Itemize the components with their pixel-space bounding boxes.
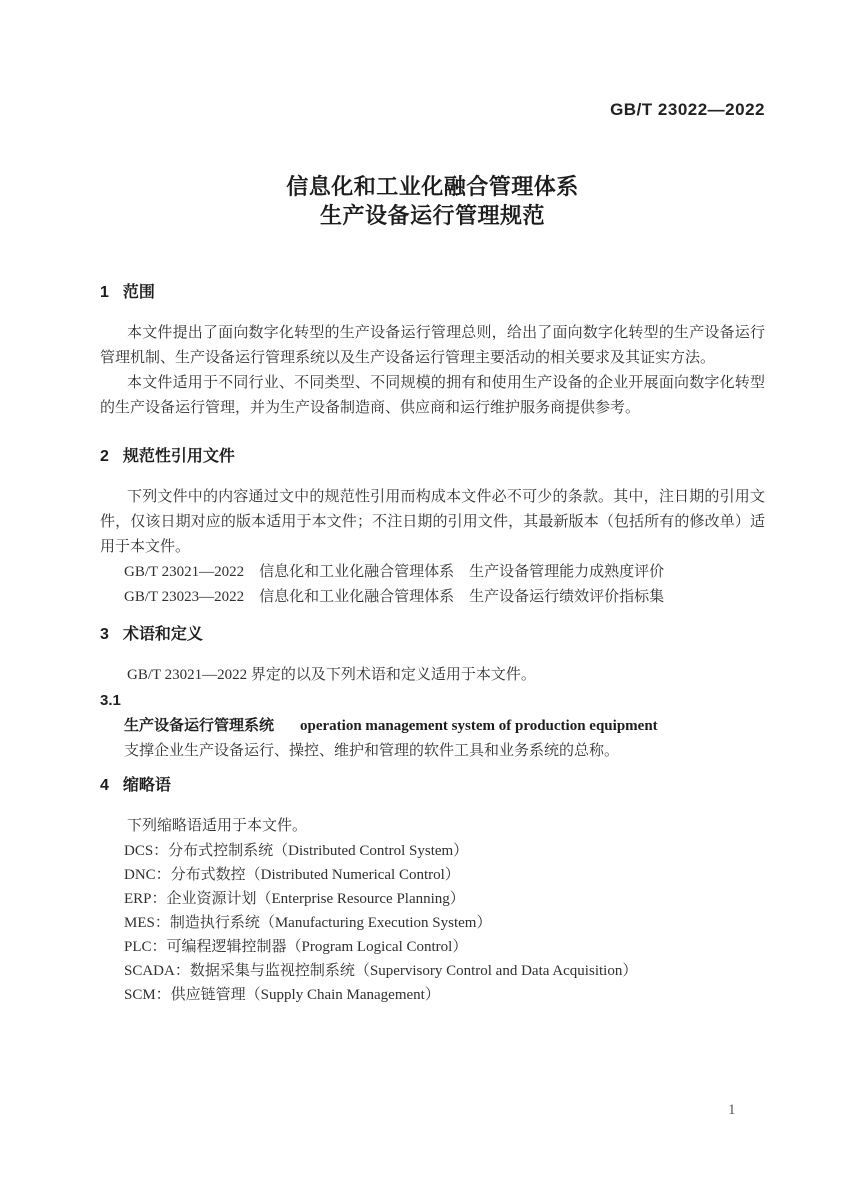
section-3-number: 3 <box>100 625 109 645</box>
term-definition: 支撑企业生产设备运行、操控、维护和管理的软件工具和业务系统的总称。 <box>100 739 765 764</box>
section-1-number: 1 <box>100 283 109 303</box>
abbreviation-item: MES：制造执行系统（Manufacturing Execution Syste… <box>100 911 765 935</box>
document-title-line1: 信息化和工业化融合管理体系 <box>100 172 765 201</box>
document-title-line2: 生产设备运行管理规范 <box>100 201 765 230</box>
term-english: operation management system of productio… <box>300 718 658 734</box>
section-1-paragraph-2: 本文件适用于不同行业、不同类型、不同规模的拥有和使用生产设备的企业开展面向数字化… <box>100 371 765 421</box>
section-2-heading: 2规范性引用文件 <box>100 447 765 467</box>
abbreviation-item: DCS：分布式控制系统（Distributed Control System） <box>100 839 765 863</box>
reference-item: GB/T 23023—2022 信息化和工业化融合管理体系 生产设备运行绩效评价… <box>100 585 765 610</box>
section-3-title: 术语和定义 <box>123 626 203 643</box>
section-2-paragraph-1: 下列文件中的内容通过文中的规范性引用而构成本文件必不可少的条款。其中，注日期的引… <box>100 485 765 560</box>
section-2-title: 规范性引用文件 <box>123 448 235 465</box>
section-4-paragraph-1: 下列缩略语适用于本文件。 <box>100 814 765 839</box>
section-3-paragraph-1: GB/T 23021—2022 界定的以及下列术语和定义适用于本文件。 <box>100 663 765 688</box>
section-1-title: 范围 <box>123 284 155 301</box>
standard-document-page: GB/T 23022—2022 信息化和工业化融合管理体系 生产设备运行管理规范… <box>0 0 850 1200</box>
term-entry-id: 3.1 <box>100 688 765 713</box>
document-title: 信息化和工业化融合管理体系 生产设备运行管理规范 <box>100 172 765 230</box>
section-4-heading: 4缩略语 <box>100 776 765 796</box>
term-entry: 生产设备运行管理系统operation management system of… <box>100 713 765 739</box>
page-number: 1 <box>728 1102 736 1119</box>
section-2-number: 2 <box>100 447 109 467</box>
page-content: GB/T 23022—2022 信息化和工业化融合管理体系 生产设备运行管理规范… <box>100 0 765 1007</box>
section-4-title: 缩略语 <box>123 777 171 794</box>
abbreviation-item: SCM：供应链管理（Supply Chain Management） <box>100 983 765 1007</box>
abbreviation-item: PLC：可编程逻辑控制器（Program Logical Control） <box>100 935 765 959</box>
section-4-number: 4 <box>100 776 109 796</box>
reference-item: GB/T 23021—2022 信息化和工业化融合管理体系 生产设备管理能力成熟… <box>100 560 765 585</box>
abbreviation-item: SCADA：数据采集与监视控制系统（Supervisory Control an… <box>100 959 765 983</box>
abbreviation-item: DNC：分布式数控（Distributed Numerical Control） <box>100 863 765 887</box>
term-chinese: 生产设备运行管理系统 <box>124 717 274 734</box>
abbreviation-item: ERP：企业资源计划（Enterprise Resource Planning） <box>100 887 765 911</box>
section-3-heading: 3术语和定义 <box>100 625 765 645</box>
document-code: GB/T 23022—2022 <box>100 0 765 120</box>
section-1-heading: 1范围 <box>100 283 765 303</box>
section-1-paragraph-1: 本文件提出了面向数字化转型的生产设备运行管理总则，给出了面向数字化转型的生产设备… <box>100 321 765 371</box>
